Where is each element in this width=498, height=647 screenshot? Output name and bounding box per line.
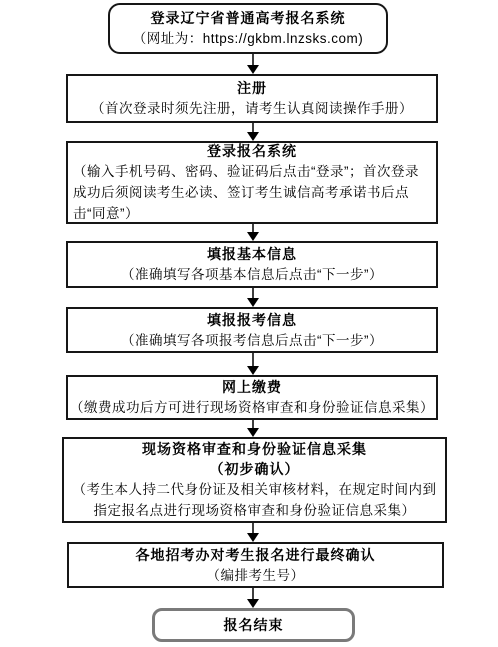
step-note: （考生本人持二代身份证及相关审核材料，在规定时间内到指定报名点进行现场资格审查和… [64,479,445,521]
arrow-down-icon [246,588,259,608]
arrow-head [247,533,259,542]
step-note: （缴费成功后方可进行现场资格审查和身份验证信息采集） [70,397,434,418]
step-box-login-portal: 登录辽宁省普通高考报名系统 （网址为：https://gkbm.lnzsks.c… [108,3,388,54]
arrow-head [247,65,259,74]
step-title: 填报基本信息 [207,244,297,264]
arrow-head [247,298,259,307]
arrow-head [247,132,259,141]
arrow-line [252,224,254,232]
arrow-head [247,232,259,241]
arrow-down-icon [246,54,259,74]
arrow-line [252,523,254,533]
arrow-head [247,428,259,437]
arrow-down-icon [246,420,259,437]
step-box-registration-end: 报名结束 [152,608,355,642]
arrow-line [252,54,254,65]
step-title: 注册 [237,78,267,98]
step-box-final-confirmation: 各地招考办对考生报名进行最终确认 （编排考生号） [67,542,444,588]
step-box-online-payment: 网上缴费 （缴费成功后方可进行现场资格审查和身份验证信息采集） [66,375,438,420]
step-title: 报名结束 [224,615,284,635]
step-note: （输入手机号码、密码、验证码后点击“登录”；首次登录成功后须阅读考生必读、签订考… [68,161,436,224]
arrow-line [252,588,254,599]
step-title: 现场资格审查和身份验证信息采集 [142,439,367,459]
step-title: 登录报名系统 [207,141,297,161]
arrow-line [252,420,254,428]
step-note: （准确填写各项报考信息后点击“下一步”） [121,330,383,351]
step-title: 各地招考办对考生报名进行最终确认 [136,545,376,565]
step-title: 网上缴费 [222,377,282,397]
step-box-basic-info: 填报基本信息 （准确填写各项基本信息后点击“下一步”） [66,241,438,288]
arrow-line [252,288,254,298]
step-box-register: 注册 （首次登录时须先注册，请考生认真阅读操作手册） [66,74,438,123]
step-box-login-system: 登录报名系统 （输入手机号码、密码、验证码后点击“登录”；首次登录成功后须阅读考… [66,141,438,224]
step-box-onsite-verification: 现场资格审查和身份验证信息采集 （初步确认） （考生本人持二代身份证及相关审核材… [62,437,447,523]
step-note: （网址为：https://gkbm.lnzsks.com) [133,28,364,49]
step-note: （编排考生号） [207,565,305,586]
arrow-down-icon [246,353,259,375]
arrow-line [252,123,254,132]
step-title: 填报报考信息 [207,310,297,330]
step-title: 登录辽宁省普通高考报名系统 [151,8,346,28]
flowchart-canvas: 登录辽宁省普通高考报名系统 （网址为：https://gkbm.lnzsks.c… [0,0,498,647]
arrow-down-icon [246,288,259,307]
step-subtitle: （初步确认） [210,459,300,479]
step-box-exam-info: 填报报考信息 （准确填写各项报考信息后点击“下一步”） [66,307,438,353]
arrow-down-icon [246,224,259,241]
arrow-down-icon [246,123,259,141]
arrow-line [252,353,254,366]
step-note: （首次登录时须先注册，请考生认真阅读操作手册） [91,98,413,119]
step-note: （准确填写各项基本信息后点击“下一步”） [121,264,383,285]
arrow-head [247,599,259,608]
arrow-down-icon [246,523,259,542]
arrow-head [247,366,259,375]
